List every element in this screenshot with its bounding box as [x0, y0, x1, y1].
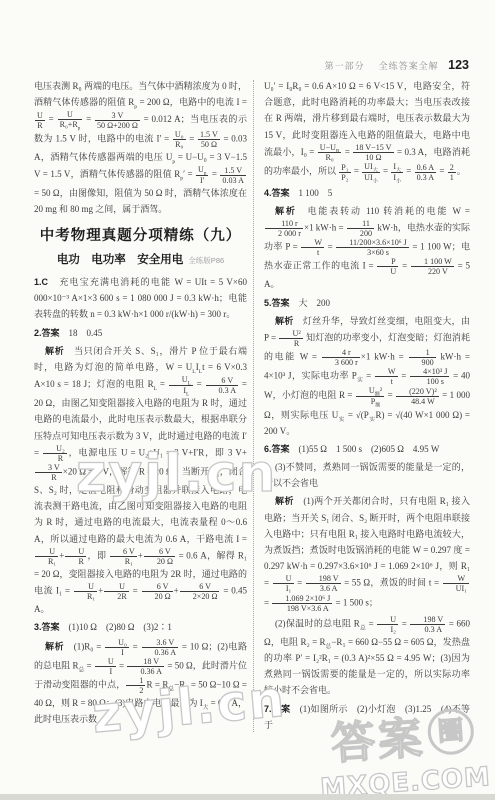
- fraction: U额²P额: [356, 386, 384, 406]
- text-block: 解析 (1)两个开关都闭合时，只有电阻 R₁ 接入电路；当开关 S₁ 闭合、S₂…: [264, 493, 470, 612]
- fraction: U−URR₀: [318, 143, 342, 163]
- page-header: 第一部分全练答案全解 123: [325, 58, 469, 72]
- right-column: U₀′ = I₀R₀ = 0.6 A×10 Ω = 6 V<15 V，电路安全，…: [264, 78, 470, 735]
- page-number: 123: [448, 58, 469, 72]
- fraction: 18 V0.36 A: [127, 657, 164, 676]
- fraction: U₀R₀: [173, 130, 186, 149]
- text-block: 3.答案 (1)10 Ω (2)80 Ω (3)2∶1: [34, 619, 247, 635]
- fraction: 21: [448, 163, 456, 182]
- section-heading: 中考物理真题分项精练（九）: [34, 226, 247, 246]
- text-block: (2)保温时的总电阻 R总 = UI₂ = 198 V0.3 A = 660 Ω…: [264, 615, 470, 699]
- fraction: I大I小: [391, 162, 403, 182]
- fraction: 18 V−15 V10 Ω: [353, 143, 393, 162]
- text-block: 解析 (1)R₀ = U₀I = 3.6 V0.36 A = 10 Ω；(2)电…: [34, 638, 247, 728]
- fraction: 1.069 2×10⁶ J198 V×3.6 A: [272, 594, 332, 613]
- text-block: 电压表测 R₀ 两端的电压。当气体中酒精浓度为 0 时，酒精气体传感器的阻值 R…: [34, 78, 247, 217]
- fraction: Wt: [375, 367, 398, 386]
- scan-edge-shadow: [0, 794, 495, 800]
- fraction: Wt: [301, 238, 324, 257]
- fraction: 6 V20 Ω: [144, 547, 175, 566]
- header-title: 全练答案全解: [379, 61, 439, 71]
- fraction: UI: [95, 657, 116, 676]
- fraction: U₀I: [105, 638, 129, 657]
- fraction: 198 V0.3 A: [410, 615, 445, 634]
- text-block: 解析 当只闭合开关 S、S₁，滑片 P 位于最右端时，电路为灯泡的简单电路，W …: [34, 343, 247, 618]
- fraction: U₂R: [43, 444, 67, 463]
- left-column: 电压表测 R₀ 两端的电压。当气体中酒精浓度为 0 时，酒精气体传感器的阻值 R…: [34, 78, 247, 729]
- fraction: ULIL: [169, 375, 193, 395]
- text-block: 4.答案 1 100 5: [264, 185, 470, 201]
- text-block: 解析 灯丝升华，导致灯丝变细，电阻变大，由 P = U²R 知灯泡的功率变小，灯…: [264, 313, 470, 439]
- text-block: 7.答案 (1)如图所示 (2)小灯泡 (3)1.25 (4)不等于: [264, 701, 470, 733]
- fraction: UR₁: [35, 547, 58, 566]
- fraction: 6 V20 Ω: [142, 582, 173, 601]
- fraction: 4×10³ J100 s: [410, 367, 449, 386]
- fraction: 198 V3.6 A: [306, 574, 341, 593]
- text-block: 2.答案 18 0.45: [34, 325, 247, 341]
- fraction: 4 r3 600 r: [322, 348, 360, 367]
- fraction: U²R: [279, 329, 302, 348]
- column-divider: [253, 80, 254, 732]
- text-block: 1.C 充电宝充满电消耗的电能 W = UIt = 5 V×60 000×10⁻…: [34, 274, 247, 323]
- fraction: 12: [126, 676, 145, 695]
- fraction: 1.5 V0.03 A: [220, 166, 246, 185]
- fraction: (220 V)²48.4 W: [396, 387, 439, 406]
- fraction: P₁P₂: [339, 163, 350, 182]
- fraction: 1.5 V50 Ω: [198, 130, 220, 149]
- fraction: 3.6 V0.36 A: [142, 638, 179, 657]
- fraction: U2R: [104, 582, 128, 601]
- fraction: UI₂: [377, 615, 398, 634]
- text-block: 6.答案 (1)55 Ω 1 500 s (2)605 Ω 4.95 W: [264, 441, 470, 457]
- fraction: 1900: [409, 348, 436, 367]
- fraction: UR₁: [74, 582, 97, 601]
- fraction: 0.6 A0.3 A: [415, 163, 437, 182]
- fraction: 3 VR: [35, 463, 62, 482]
- fraction: 6 V2×20 Ω: [180, 582, 220, 601]
- text-block: U₀′ = I₀R₀ = 0.6 A×10 Ω = 6 V<15 V，电路安全，…: [264, 78, 470, 183]
- fraction: UR₀+Rp: [58, 110, 83, 130]
- fraction: 11/200×3.6×10⁶ J3×60 s: [336, 238, 409, 257]
- header-section: 第一部分: [325, 61, 365, 71]
- text-block: (3)不赞同，煮熟同一锅饭需要的能量是一定的，所以不会省电: [264, 459, 470, 491]
- fraction: 6 VR₁: [110, 547, 137, 566]
- section-subheading: 电功 电功率 安全用电全练版P86: [34, 252, 247, 269]
- fraction: 6 V0.3 A: [206, 376, 239, 395]
- fraction: UI₁: [273, 574, 294, 593]
- fraction: 3 V50 Ω+200 Ω: [95, 111, 140, 130]
- fraction: WUI₁: [443, 574, 469, 593]
- fraction: PU: [377, 257, 398, 276]
- fraction: UR: [65, 547, 86, 566]
- fraction: 11200: [347, 219, 374, 238]
- fraction: 1 100 W220 V: [411, 257, 454, 276]
- fraction: UR: [35, 111, 45, 130]
- edition-tag: 全练版P86: [188, 256, 224, 265]
- scanned-answer-page: 第一部分全练答案全解 123 电压表测 R₀ 两端的电压。当气体中酒精浓度为 0…: [0, 0, 495, 800]
- text-block: 解析 电能表转动 110 转消耗的电能 W = 110 r2 000 r×1 k…: [264, 203, 470, 293]
- fraction: 110 r2 000 r: [265, 219, 303, 238]
- fraction: UI大UI小: [362, 162, 380, 182]
- fraction: UpI′: [196, 165, 208, 185]
- text-block: 5.答案 大 200: [264, 295, 470, 311]
